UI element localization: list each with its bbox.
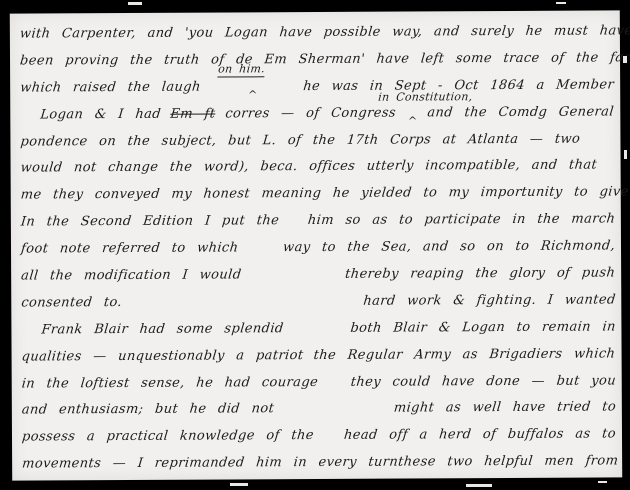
- line-text: pondence on the subject, but L. of the 1…: [20, 131, 581, 149]
- insertion-text: on him.: [217, 62, 265, 77]
- manuscript-line: In the Second Edition I put the him so a…: [21, 206, 615, 236]
- scan-speck: [624, 150, 627, 159]
- struck-text: Em ft: [170, 106, 216, 121]
- paper: with Carpenter, and 'you Logan have poss…: [10, 10, 622, 480]
- line-text: in the loftiest sense, he had courage: [21, 375, 319, 392]
- caret-mark: ^: [408, 115, 417, 128]
- scan-speck: [128, 2, 142, 5]
- manuscript-line: foot note referred to which way to the S…: [21, 233, 615, 263]
- scanned-document-image: { "doc": { "kind": "handwritten letter p…: [0, 0, 630, 490]
- scan-speck: [556, 2, 566, 4]
- line-text: would not change the word), beca. office…: [20, 158, 598, 176]
- line-text: thereby reaping the glory of push: [344, 265, 616, 281]
- line-text: him so as to participate in the march: [307, 212, 616, 229]
- manuscript-line: pondence on the subject, but L. of the 1…: [20, 125, 614, 155]
- line-text: way to the Sea, and so on to Richmond,: [282, 238, 616, 255]
- line-text: qualities — unquestionably a patriot: [21, 348, 304, 364]
- manuscript-line: Frank Blair had some splendid both Blair…: [21, 313, 615, 343]
- line-text: these two helpful men from: [397, 454, 619, 470]
- line-text: Logan & I had: [40, 106, 162, 122]
- line-text: me they conveyed my honest meaning he yi…: [20, 185, 629, 203]
- line-text: and the Comdg General: [427, 104, 615, 120]
- manuscript-line: been proving the truth of de Em Sherman'…: [20, 44, 614, 74]
- manuscript-line: qualities — unquestionably a patriot the…: [22, 340, 616, 370]
- line-text: head off a herd of buffalos as to: [343, 427, 616, 443]
- insertion-text: in Constitution,: [377, 90, 473, 104]
- line-text: consented to.: [21, 295, 123, 311]
- scan-speck: [598, 481, 607, 483]
- manuscript-line: and enthusiasm; but he did not might as …: [22, 394, 616, 424]
- line-text: with Carpenter, and 'you Logan have poss…: [19, 23, 630, 41]
- line-text: which raised the laugh: [19, 79, 201, 95]
- line-text: In the Second Edition I put the: [20, 213, 280, 229]
- line-text: corres — of Congress: [225, 105, 397, 121]
- manuscript-line: in the loftiest sense, he had courage th…: [22, 367, 616, 397]
- line-text: hard work & fighting. I wanted: [362, 292, 616, 308]
- manuscript-line: me they conveyed my honest meaning he yi…: [21, 179, 615, 209]
- manuscript-line: Logan & I had Em ft corres — of Congress…: [20, 98, 614, 128]
- line-text: been proving the truth of de Em Sherman'…: [19, 50, 630, 68]
- line-text: all the modification I would: [20, 267, 242, 283]
- manuscript-line: with Carpenter, and 'you Logan have poss…: [20, 17, 614, 47]
- line-text: the Regular Army as Brigadiers which: [313, 346, 616, 363]
- line-text: both Blair & Logan to remain in: [349, 319, 616, 335]
- handwritten-text: with Carpenter, and 'you Logan have poss…: [20, 17, 616, 480]
- manuscript-line: possess a practical knowledge of the hea…: [22, 421, 616, 451]
- line-text: might as well have tried to: [393, 400, 617, 416]
- manuscript-line: all the modification I would thereby rea…: [21, 259, 615, 289]
- manuscript-line: would not change the word), beca. office…: [21, 152, 615, 182]
- scan-speck: [466, 484, 492, 487]
- line-text: foot note referred to which: [20, 240, 239, 256]
- manuscript-line: which raised the laugh on him. ^ he was …: [20, 71, 614, 101]
- scan-speck: [623, 56, 627, 63]
- manuscript-line: consented to. hard work & fighting. I wa…: [21, 286, 615, 316]
- line-text: they could have done — but you: [350, 373, 617, 389]
- caret-mark: ^: [248, 89, 257, 102]
- line-text: movements — I reprimanded him in every t…: [21, 455, 398, 472]
- line-text: possess a practical knowledge of the: [21, 428, 314, 445]
- line-text: and enthusiasm; but he did not: [21, 402, 275, 418]
- manuscript-line: movements — I reprimanded him in every t…: [22, 448, 616, 478]
- scan-speck: [230, 483, 248, 486]
- line-text: Frank Blair had some splendid: [41, 321, 285, 337]
